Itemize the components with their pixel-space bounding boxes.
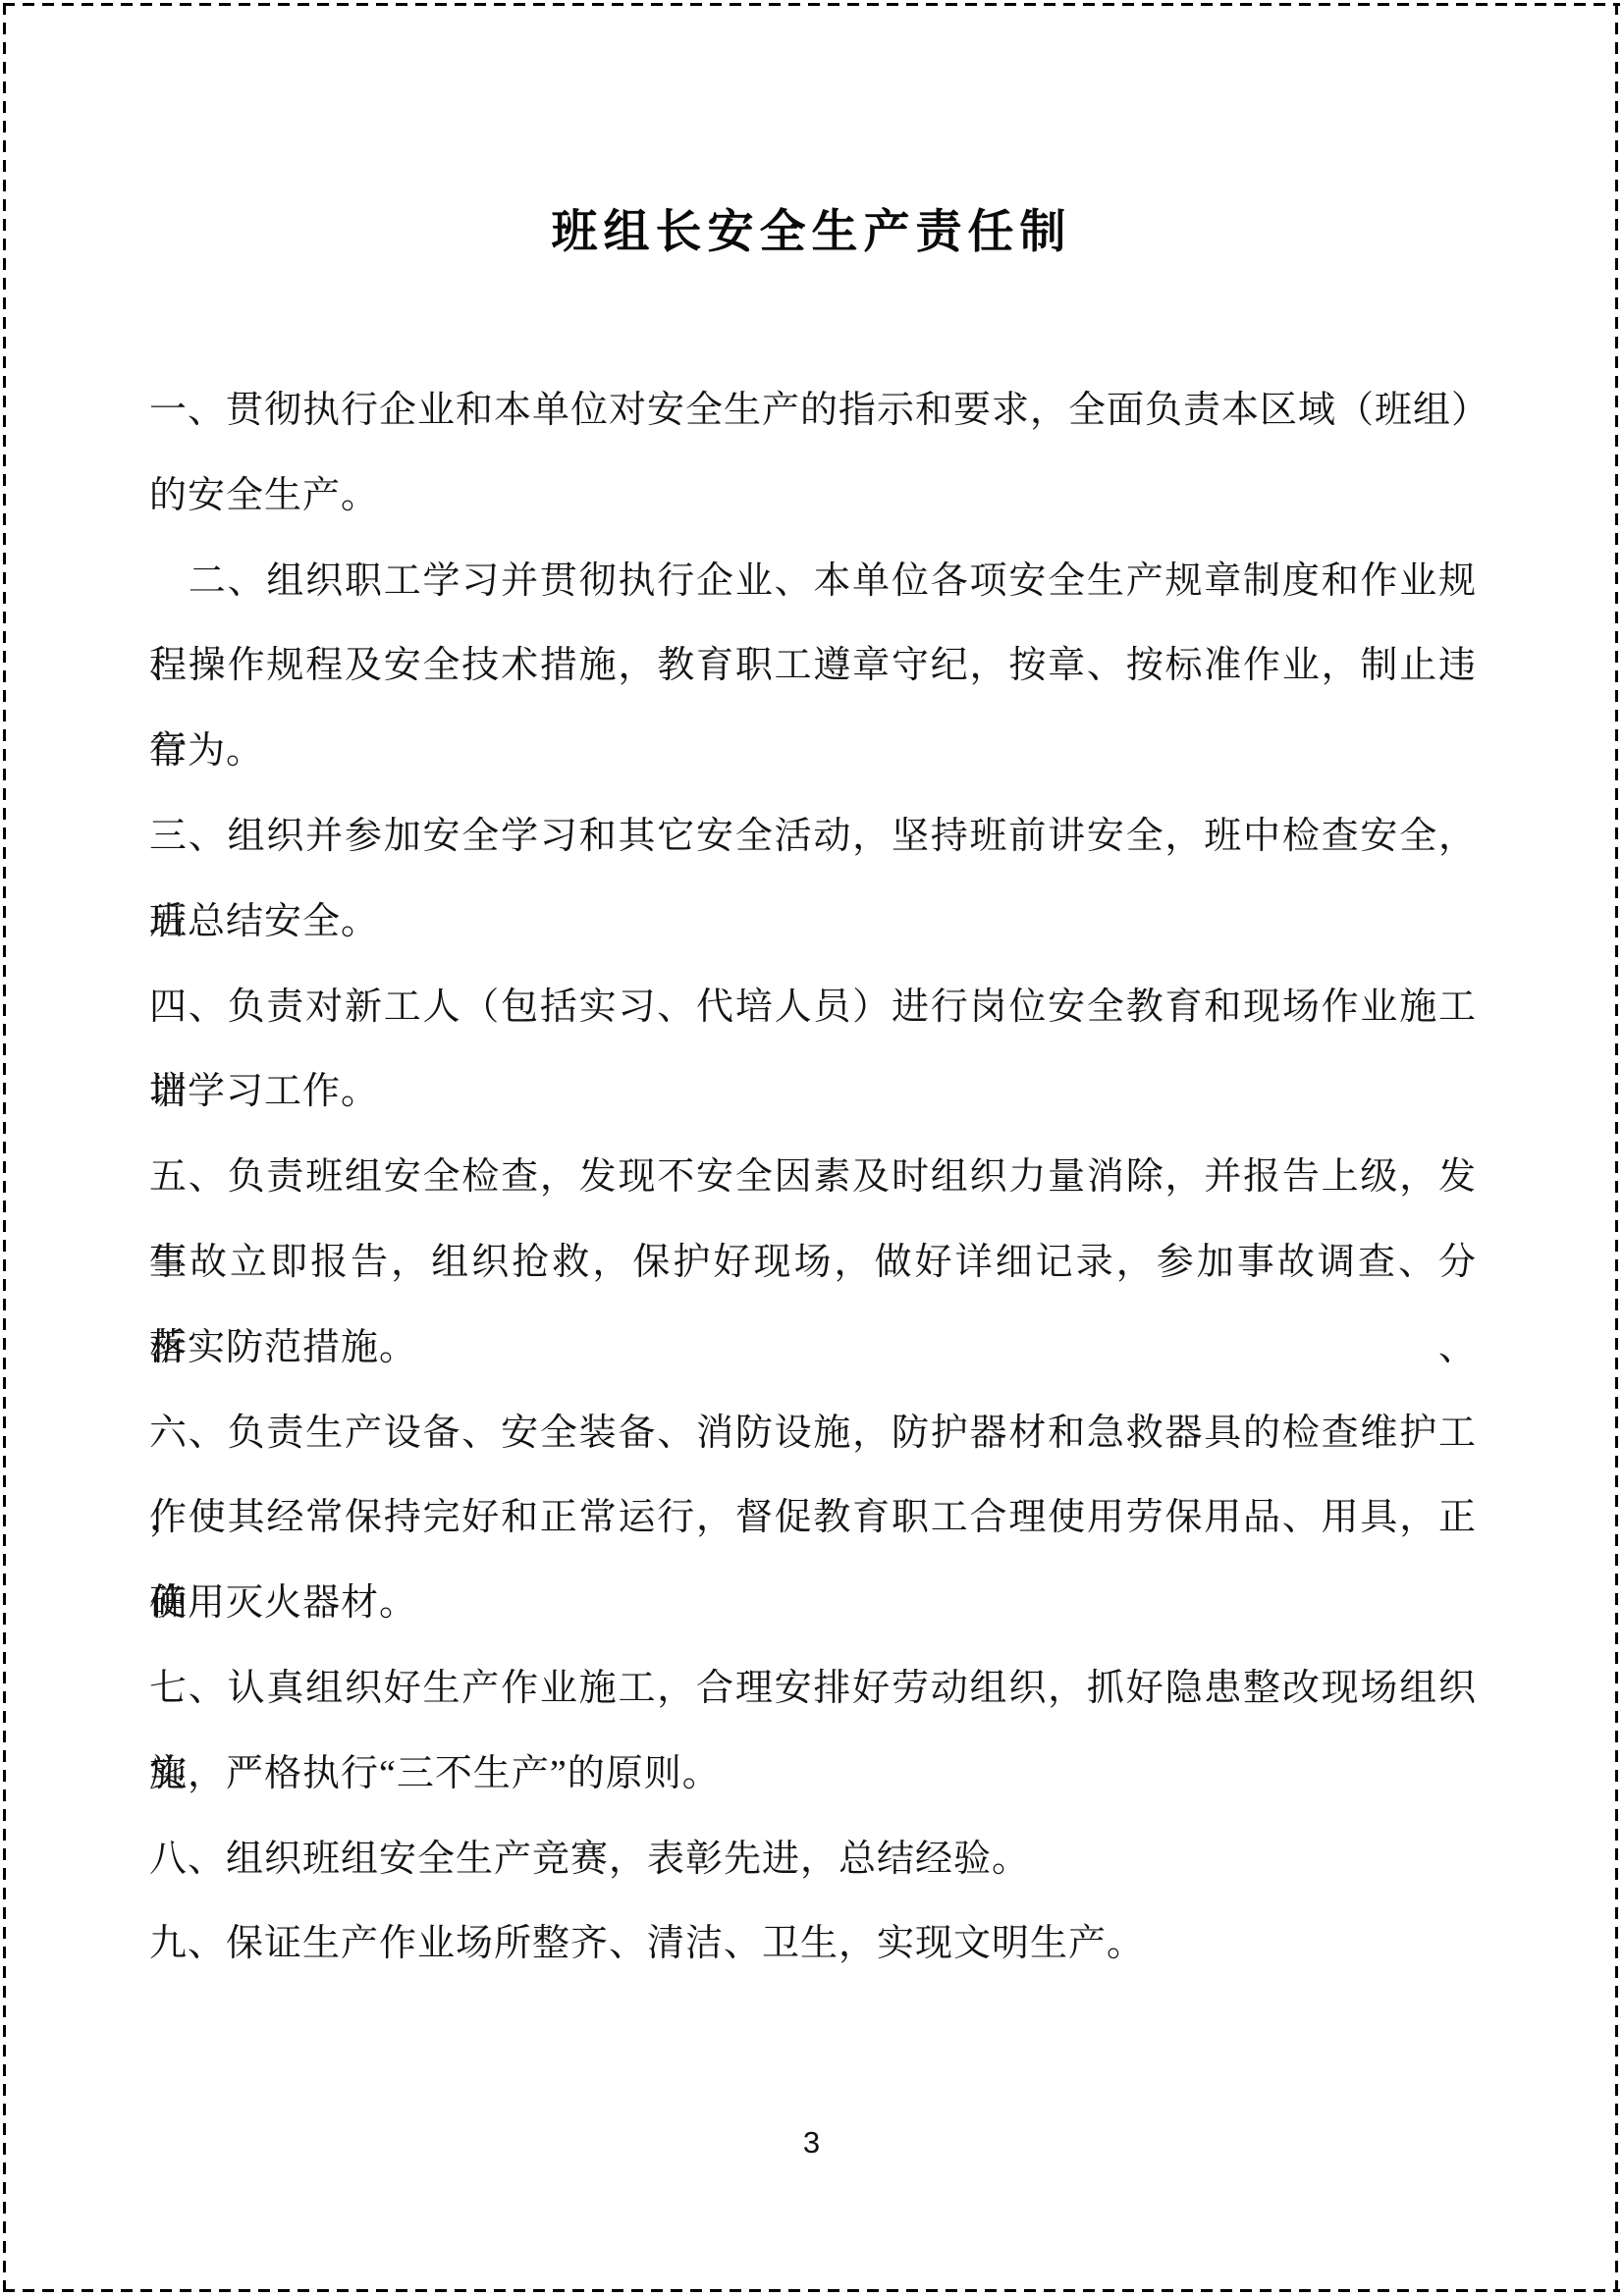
paragraph-line: 七、认真组织好生产作业施工，合理安排好劳动组织，抓好隐患整改现场组织实	[149, 1646, 1477, 1732]
document-page: 班组长安全生产责任制 一、贯彻执行企业和本单位对安全生产的指示和要求，全面负责本…	[0, 0, 1623, 2296]
paragraph-line: ，使其经常保持完好和正常运行，督促教育职工合理使用劳保用品、用具，正确	[149, 1475, 1477, 1561]
paragraph-line: 训学习工作。	[149, 1049, 1477, 1135]
document-body: 一、贯彻执行企业和本单位对安全生产的指示和要求，全面负责本区域（班组）的安全生产…	[149, 368, 1477, 1987]
paragraph-line: 、操作规程及安全技术措施，教育职工遵章守纪，按章、按标准作业，制止违章	[149, 623, 1477, 709]
paragraph-line: 事故立即报告，组织抢救，保护好现场，做好详细记录，参加事故调查、分析、	[149, 1220, 1477, 1306]
paragraph-line: 一、贯彻执行企业和本单位对安全生产的指示和要求，全面负责本区域（班组）	[149, 368, 1477, 454]
paragraph-line: 的安全生产。	[149, 454, 1477, 539]
paragraph: 一、贯彻执行企业和本单位对安全生产的指示和要求，全面负责本区域（班组）的安全生产…	[149, 368, 1477, 539]
paragraph-line: 四、负责对新工人（包括实习、代培人员）进行岗位安全教育和现场作业施工培	[149, 965, 1477, 1050]
paragraph-line: 施，严格执行“三不生产”的原则。	[149, 1732, 1477, 1817]
paragraph: 九、保证生产作业场所整齐、清洁、卫生，实现文明生产。	[149, 1901, 1477, 1987]
page-border-top	[3, 3, 1620, 6]
paragraph: 六、负责生产设备、安全装备、消防设施，防护器材和急救器具的检查维护工作，使其经常…	[149, 1391, 1477, 1646]
paragraph: 五、负责班组安全检查，发现不安全因素及时组织力量消除，并报告上级，发生事故立即报…	[149, 1135, 1477, 1390]
page-border-left	[3, 3, 6, 2292]
page-border-bottom	[3, 2289, 1620, 2292]
paragraph-line: 二、组织职工学习并贯彻执行企业、本单位各项安全生产规章制度和作业规程	[149, 539, 1477, 624]
paragraph: 七、认真组织好生产作业施工，合理安排好劳动组织，抓好隐患整改现场组织实施，严格执…	[149, 1646, 1477, 1817]
paragraph-line: 行为。	[149, 709, 1477, 794]
paragraph-line: 三、组织并参加安全学习和其它安全活动，坚持班前讲安全，班中检查安全，班	[149, 794, 1477, 880]
paragraph: 三、组织并参加安全学习和其它安全活动，坚持班前讲安全，班中检查安全，班后总结安全…	[149, 794, 1477, 965]
page-border-right	[1615, 3, 1618, 2292]
paragraph: 四、负责对新工人（包括实习、代培人员）进行岗位安全教育和现场作业施工培训学习工作…	[149, 965, 1477, 1136]
paragraph: 二、组织职工学习并贯彻执行企业、本单位各项安全生产规章制度和作业规程、操作规程及…	[149, 539, 1477, 794]
paragraph-line: 五、负责班组安全检查，发现不安全因素及时组织力量消除，并报告上级，发生	[149, 1135, 1477, 1220]
paragraph-line: 使用灭火器材。	[149, 1561, 1477, 1646]
page-number: 3	[0, 2123, 1623, 2163]
paragraph-line: 六、负责生产设备、安全装备、消防设施，防护器材和急救器具的检查维护工作	[149, 1391, 1477, 1476]
paragraph-line: 八、组织班组安全生产竞赛，表彰先进，总结经验。	[149, 1817, 1477, 1902]
document-title: 班组长安全生产责任制	[0, 201, 1623, 264]
paragraph-line: 后总结安全。	[149, 880, 1477, 965]
paragraph: 八、组织班组安全生产竞赛，表彰先进，总结经验。	[149, 1817, 1477, 1902]
paragraph-line: 九、保证生产作业场所整齐、清洁、卫生，实现文明生产。	[149, 1901, 1477, 1987]
